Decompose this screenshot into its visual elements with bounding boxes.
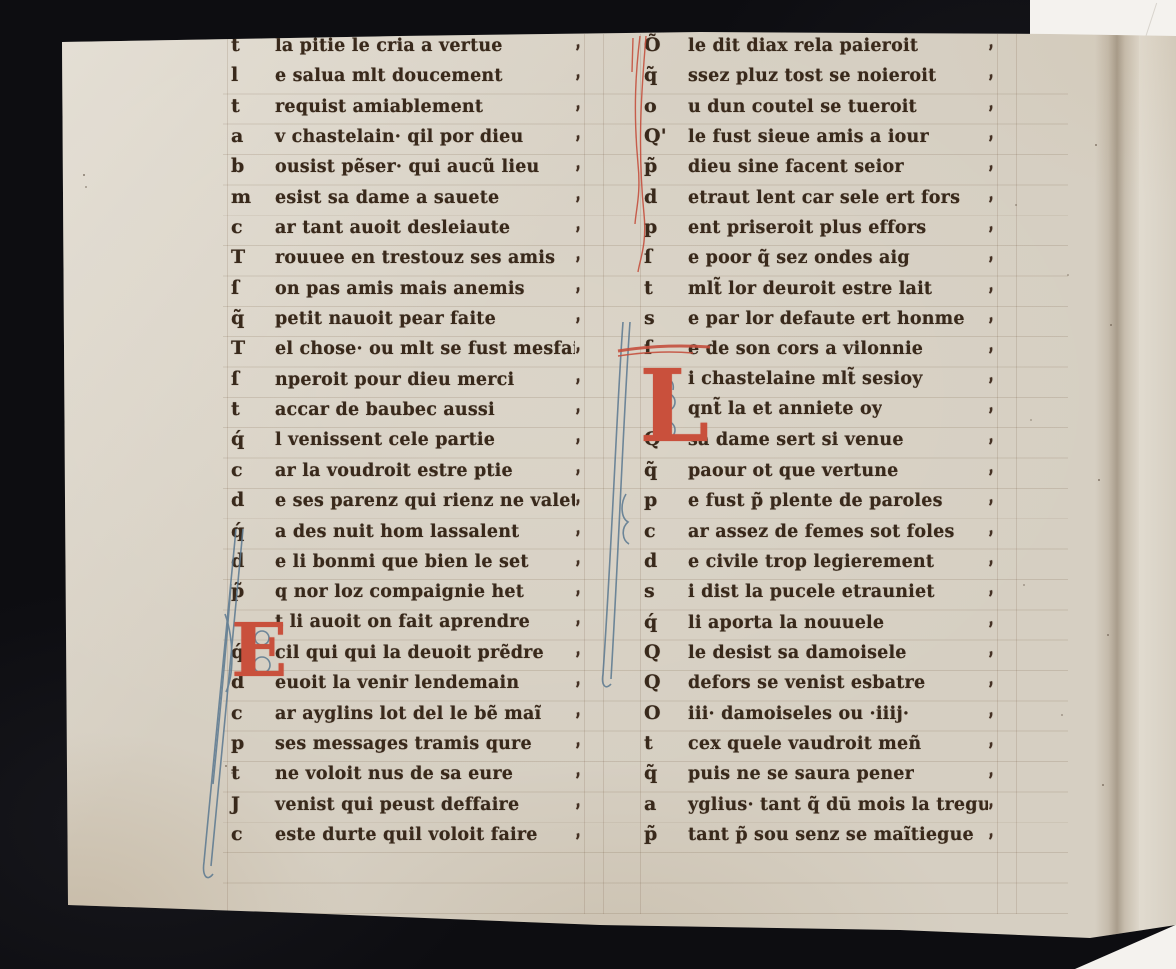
line-initial: t <box>231 394 261 424</box>
verse-line: q̃ ssez pluz tost se noieroit , <box>644 60 996 90</box>
verse-line: s e par lor defaute ert honme , <box>644 303 996 333</box>
line-text: on pas amis mais anemis <box>261 274 525 304</box>
verse-line: ſ on pas amis mais anemis , <box>231 273 583 303</box>
line-initial: p <box>231 728 261 758</box>
verse-line: ſ nperoit pour dieu merci , <box>231 364 583 394</box>
verse-line: p̃ tant p̃ sou senz se maĩtiegue , <box>644 819 996 849</box>
line-initial: O <box>644 698 674 728</box>
verse-line: p e fust p̃ plente de paroles , <box>644 485 996 515</box>
verse-line: b ousist pẽser· qui aucũ lieu , <box>231 151 583 181</box>
line-initial: q̃ <box>231 303 261 333</box>
line-text: ses messages tramis qure <box>261 729 532 759</box>
line-initial: l <box>231 60 261 90</box>
line-initial: d <box>231 546 261 576</box>
line-initial: p <box>644 485 674 515</box>
line-text: petit nauoit pear faite <box>261 304 496 334</box>
verse-line: m esist sa dame a sauete , <box>231 182 583 212</box>
line-initial: q̃ <box>644 758 674 788</box>
decorated-initial-E: E <box>231 612 287 690</box>
line-initial: c <box>231 698 261 728</box>
line-initial: t <box>644 273 674 303</box>
verse-line: d e civile trop legierement , <box>644 546 996 576</box>
ruling-vertical-right-initials <box>640 34 641 914</box>
parchment-specks <box>55 24 57 26</box>
line-initial: p̃ <box>231 576 261 606</box>
line-initial: Q <box>644 667 674 697</box>
verse-line: Q defors se venist esbatre , <box>644 667 996 697</box>
line-text: l venissent cele partie <box>261 425 495 455</box>
line-initial: d <box>644 546 674 576</box>
verse-line: p ent priseroit plus effors , <box>644 212 996 242</box>
verse-line: t la pitie le cria a vertue , <box>231 30 583 60</box>
verse-line: J venist qui peust deffaire , <box>231 789 583 819</box>
fold-highlight <box>1139 24 1176 944</box>
line-text: yglius· tant q̃ dū mois la tregue <box>674 790 988 820</box>
line-initial: c <box>231 212 261 242</box>
line-text: defors se venist esbatre <box>674 668 925 698</box>
line-text: cil qui qui la deuoit prẽdre <box>261 638 544 668</box>
ruling-vertical-left-end2 <box>603 34 604 914</box>
line-text: ar tant auoit desleiaute <box>261 213 510 243</box>
line-text: a des nuit hom lassalent <box>261 517 519 547</box>
line-text: v chastelain· qil por dieu <box>261 122 523 152</box>
line-initial: ſ <box>231 364 261 394</box>
line-text: q nor loz compaignie het <box>261 577 524 607</box>
verse-line: d e ses parenz qui rienz ne valet , <box>231 485 583 515</box>
verse-line: c ar la voudroit estre ptie , <box>231 455 583 485</box>
verse-line: q̃ petit nauoit pear faite , <box>231 303 583 333</box>
line-text: ne voloit nus de sa eure <box>261 759 513 789</box>
verse-line: Õ le dit diax rela paieroit , <box>644 30 996 60</box>
line-text: accar de baubec aussi <box>261 395 495 425</box>
line-text: e ses parenz qui rienz ne valet <box>261 486 575 516</box>
line-initial: c <box>644 516 674 546</box>
verse-line: c este durte quil voloit faire , <box>231 819 583 849</box>
line-initial: t <box>231 91 261 121</box>
line-text: e li bonmi que bien le set <box>261 547 529 577</box>
line-initial: a <box>231 121 261 151</box>
line-text: ousist pẽser· qui aucũ lieu <box>261 152 539 182</box>
verse-line: d e li bonmi que bien le set , <box>231 546 583 576</box>
line-text: e poor q̃ sez ondes aig <box>674 243 910 273</box>
line-initial: p̃ <box>644 151 674 181</box>
verse-line: q̃ puis ne se saura pener , <box>644 758 996 788</box>
line-text: etraut lent car sele ert fors <box>674 183 960 213</box>
line-text: el chose· ou mlt se fust mesfaite <box>261 334 575 364</box>
line-initial: q́ <box>644 607 674 637</box>
text-column-left: t la pitie le cria a vertue , l e salua … <box>231 30 583 849</box>
verse-line: p̃ q nor loz compaignie het , <box>231 576 583 606</box>
line-text: nperoit pour dieu merci <box>261 365 514 395</box>
line-text: e par lor defaute ert honme <box>674 304 965 334</box>
line-initial: p̃ <box>644 819 674 849</box>
line-text: ssez pluz tost se noieroit <box>674 61 936 91</box>
line-text: e fust p̃ plente de paroles <box>674 486 943 516</box>
verse-line: p ses messages tramis qure , <box>231 728 583 758</box>
line-initial: o <box>644 91 674 121</box>
decorated-initial-L: L <box>639 354 709 458</box>
verse-line: t cex quele vaudroit meñ , <box>644 728 996 758</box>
verse-line: a yglius· tant q̃ dū mois la tregue , <box>644 789 996 819</box>
line-text: requist amiablement <box>261 92 483 122</box>
verse-line: c ar tant auoit desleiaute , <box>231 212 583 242</box>
line-text: puis ne se saura pener <box>674 759 914 789</box>
line-initial: Õ <box>644 30 674 60</box>
line-initial: s <box>644 303 674 333</box>
line-initial: t <box>644 728 674 758</box>
line-initial: ſ <box>644 242 674 272</box>
verse-line: O iii· damoiseles ou ·iiij· , <box>644 698 996 728</box>
verse-line: c ar ayglins lot del le bẽ maĩ , <box>231 698 583 728</box>
verse-line: q́ l venissent cele partie , <box>231 424 583 454</box>
verse-line: Q le desist sa damoisele , <box>644 637 996 667</box>
verse-line: c ar assez de femes sot foles , <box>644 516 996 546</box>
line-text: e civile trop legierement <box>674 547 934 577</box>
verse-line: o u dun coutel se tueroit , <box>644 91 996 121</box>
line-text: euoit la venir lendemain <box>261 668 519 698</box>
line-initial: q́ <box>231 424 261 454</box>
line-initial: t <box>231 30 261 60</box>
line-initial: m <box>231 182 261 212</box>
line-text: venist qui peust deffaire <box>261 790 519 820</box>
manuscript-photo: E L t la pitie le cria a vertue , l e sa… <box>0 0 1176 969</box>
line-initial: T <box>231 333 261 363</box>
line-text: este durte quil voloit faire <box>261 820 538 850</box>
line-initial: b <box>231 151 261 181</box>
line-initial: c <box>231 455 261 485</box>
line-initial: Q <box>644 637 674 667</box>
line-initial: d <box>644 182 674 212</box>
parchment-leaf: E L t la pitie le cria a vertue , l e sa… <box>55 24 1176 944</box>
line-text: t li auoit on fait aprendre <box>261 607 530 637</box>
verse-line: t mlt̃ lor deuroit estre lait , <box>644 273 996 303</box>
line-initial: T <box>231 242 261 272</box>
line-text: e salua mlt doucement <box>261 61 503 91</box>
ruling-vertical-left-initials <box>227 34 228 914</box>
verse-line: ſ e poor q̃ sez ondes aig , <box>644 242 996 272</box>
line-text: le desist sa damoisele <box>674 638 907 668</box>
line-initial: J <box>231 789 261 819</box>
line-initial: p <box>644 212 674 242</box>
line-initial: s <box>644 576 674 606</box>
line-text: le fust sieue amis a iour <box>674 122 929 152</box>
line-initial: q́ <box>231 516 261 546</box>
line-initial: a <box>644 789 674 819</box>
line-text: li aporta la nouuele <box>674 608 884 638</box>
line-initial: q̃ <box>644 60 674 90</box>
verse-line: p̃ dieu sine facent seior , <box>644 151 996 181</box>
verse-line: l e salua mlt doucement , <box>231 60 583 90</box>
verse-line: t requist amiablement , <box>231 91 583 121</box>
ruling-vertical-right-end2 <box>1016 34 1017 914</box>
line-initial: ſ <box>231 273 261 303</box>
line-initial: c <box>231 819 261 849</box>
verse-line: d etraut lent car sele ert fors , <box>644 182 996 212</box>
line-text: iii· damoiseles ou ·iiij· <box>674 699 909 729</box>
verse-line: t ne voloit nus de sa eure , <box>231 758 583 788</box>
line-text: esist sa dame a sauete <box>261 183 499 213</box>
line-text: ar assez de femes sot foles <box>674 517 955 547</box>
fold-crease <box>1095 24 1139 944</box>
line-text: dieu sine facent seior <box>674 152 904 182</box>
verse-line: T el chose· ou mlt se fust mesfaite , <box>231 333 583 363</box>
line-text: i chastelaine mlt̃ sesioy <box>674 364 923 394</box>
line-initial: d <box>231 485 261 515</box>
line-text: tant p̃ sou senz se maĩtiegue <box>674 820 974 850</box>
line-initial: Q' <box>644 121 674 151</box>
verse-line: q́ a des nuit hom lassalent , <box>231 516 583 546</box>
line-text: ent priseroit plus effors <box>674 213 926 243</box>
line-text: u dun coutel se tueroit <box>674 92 917 122</box>
verse-line: s i dist la pucele etrauniet , <box>644 576 996 606</box>
line-text: cex quele vaudroit meñ <box>674 729 921 759</box>
line-text: la pitie le cria a vertue <box>261 31 503 61</box>
line-text: ar ayglins lot del le bẽ maĩ <box>261 699 541 729</box>
line-initial: t <box>231 758 261 788</box>
verse-line: T rouuee en trestouz ses amis , <box>231 242 583 272</box>
line-text: mlt̃ lor deuroit estre lait <box>674 274 932 304</box>
line-text: i dist la pucele etrauniet <box>674 577 935 607</box>
verse-line: a v chastelain· qil por dieu , <box>231 121 583 151</box>
verse-line: Q' le fust sieue amis a iour , <box>644 121 996 151</box>
line-text: le dit diax rela paieroit <box>674 31 918 61</box>
line-text: ar la voudroit estre ptie <box>261 456 513 486</box>
verse-line: t accar de baubec aussi , <box>231 394 583 424</box>
verse-line: q́ li aporta la nouuele , <box>644 607 996 637</box>
line-text: e de son cors a vilonnie <box>674 334 923 364</box>
line-text: rouuee en trestouz ses amis <box>261 243 555 273</box>
